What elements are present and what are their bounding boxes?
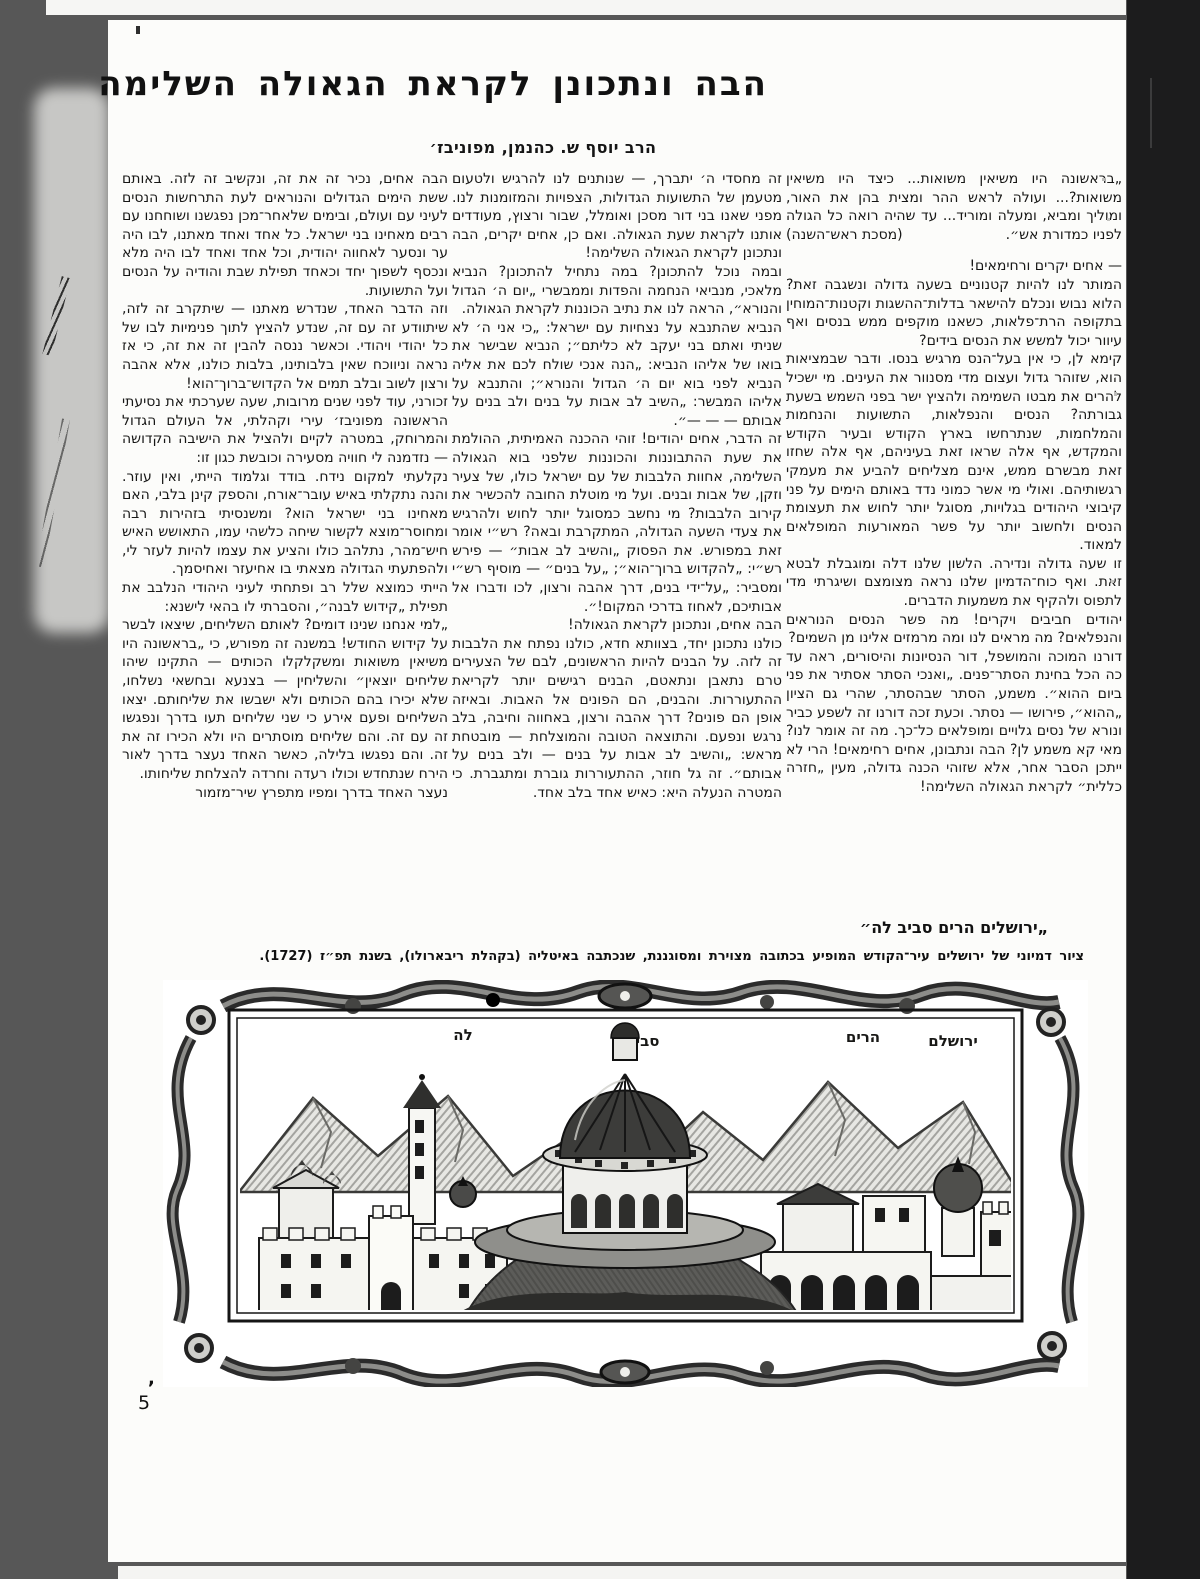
- corner-spiral: [1039, 1333, 1065, 1359]
- paragraph: „למי אנחנו שנינו דומים? לאותם השליחים, ש…: [122, 616, 448, 783]
- paragraph: זכורני, עוד לפני שנים מרובות, שעה שערכתי…: [122, 393, 448, 467]
- scanner-dark-strip: [1127, 0, 1200, 1579]
- paragraph: כולנו נתכונן יחד, בצוותא חדא, כולנו נפתח…: [452, 635, 782, 802]
- scanner-strip-scratch: [1150, 78, 1152, 148]
- page-headline: הבה ונתכונן לקראת הגאולה השלימה: [128, 64, 768, 104]
- bottom-medallion: [601, 1361, 649, 1383]
- ink-speck: [1111, 580, 1114, 583]
- corner-spiral: [1038, 1009, 1064, 1035]
- page-sheet: הבה ונתכונן לקראת הגאולה השלימה הרב יוסף…: [108, 20, 1126, 1562]
- column-left-paragraphs: הבה אחים, נכיר זה את זה, ונקשיב זה לזה. …: [122, 170, 448, 802]
- scanned-page: { "page": { "headline": "הבה ונתכונן לקר…: [0, 0, 1200, 1579]
- paragraph: קימא לן, כי אין בעל־הנס מרגיש בנסו. ודבר…: [786, 350, 1122, 555]
- inscription-word-harim: הרים: [846, 1028, 880, 1046]
- paragraph: המותר לנו להיות קטנוניים בשעה גדולה ונשג…: [786, 276, 1122, 350]
- jerusalem-illustration: ירושלם הרים סביב לה: [163, 980, 1088, 1387]
- paragraph: — אחים יקרים ורחימאים!: [786, 257, 1122, 276]
- ink-speck: [1107, 218, 1110, 221]
- adjacent-page-edge-top: [46, 0, 1126, 15]
- paragraph: זה מחסדי ה׳ יתברך, — שנותנים לנו להרגיש …: [452, 170, 782, 263]
- inscription-word-lah: לה: [453, 1026, 472, 1044]
- paragraph: נעצר האחד בדרך ומפיו מתפרץ שיר־מזמור: [122, 784, 448, 803]
- ink-speck: [136, 26, 140, 34]
- column-right: „בראשונה היו משיאין משואות... כיצד היו מ…: [786, 170, 1122, 797]
- column-right-paragraphs: — אחים יקרים ורחימאים!המותר לנו להיות קט…: [786, 257, 1122, 796]
- article-byline: הרב יוסף ש. כהנמן, מפוניבז׳: [318, 138, 768, 157]
- paragraph: הייתי כמוצא שלל רב ופתחתי לעיני היהודי ה…: [122, 579, 448, 616]
- figure-caption: ציור דמיוני של ירושלים עיר־הקודש המופיע …: [146, 949, 1084, 964]
- paragraph: דורנו המוכה והמושפל, דור הנסיונות והיסור…: [786, 648, 1122, 797]
- corner-spiral: [188, 1007, 214, 1033]
- paragraph: נקלעתי למקום נידח. בודד וגלמוד הייתי, וא…: [122, 468, 448, 580]
- ink-speck: ,: [148, 1368, 155, 1389]
- ink-speck: [1102, 178, 1105, 181]
- page-number: 5: [138, 1392, 150, 1414]
- paragraph: זה הדבר, אחים יהודים! זוהי ההכנה האמיתית…: [452, 430, 782, 616]
- paragraph: הנביא שהתנבא על נצחיות עם ישראל: „כי אני…: [452, 319, 782, 431]
- paragraph-gap: [786, 244, 1122, 257]
- paragraph: הבה אחים, ונתכונן לקראת הגאולה!: [452, 616, 782, 635]
- column-left: הבה אחים, נכיר זה את זה, ונקשיב זה לזה. …: [122, 170, 448, 802]
- figure-subhead: „ירושלים הרים סביב לה״: [786, 918, 1122, 937]
- paragraph: ובמה נוכל להתכונן? במה נתחיל להתכונן? הנ…: [452, 263, 782, 319]
- paragraph: וזה הדבר האחד, שנדרש מאתנו — שיתקרב זה ל…: [122, 300, 448, 393]
- top-medallion: [599, 984, 651, 1008]
- paragraph: יהודים חביבים ויקרים! מה פשר הנסים הנורא…: [786, 611, 1122, 648]
- paragraph: זו שעה גדולה ונדירה. הלשון שלנו דלה ומוג…: [786, 555, 1122, 611]
- column-middle-paragraphs: זה מחסדי ה׳ יתברך, — שנותנים לנו להרגיש …: [452, 170, 782, 802]
- adjacent-page-edge-bottom: [118, 1566, 1126, 1579]
- ink-speck: [1114, 392, 1117, 396]
- paragraph: הבה אחים, נכיר זה את זה, ונקשיב זה לזה. …: [122, 170, 448, 300]
- corner-spiral: [186, 1335, 212, 1361]
- column-middle: זה מחסדי ה׳ יתברך, — שנותנים לנו להרגיש …: [452, 170, 782, 802]
- inscription-word-jerusalem: ירושלם: [928, 1032, 978, 1050]
